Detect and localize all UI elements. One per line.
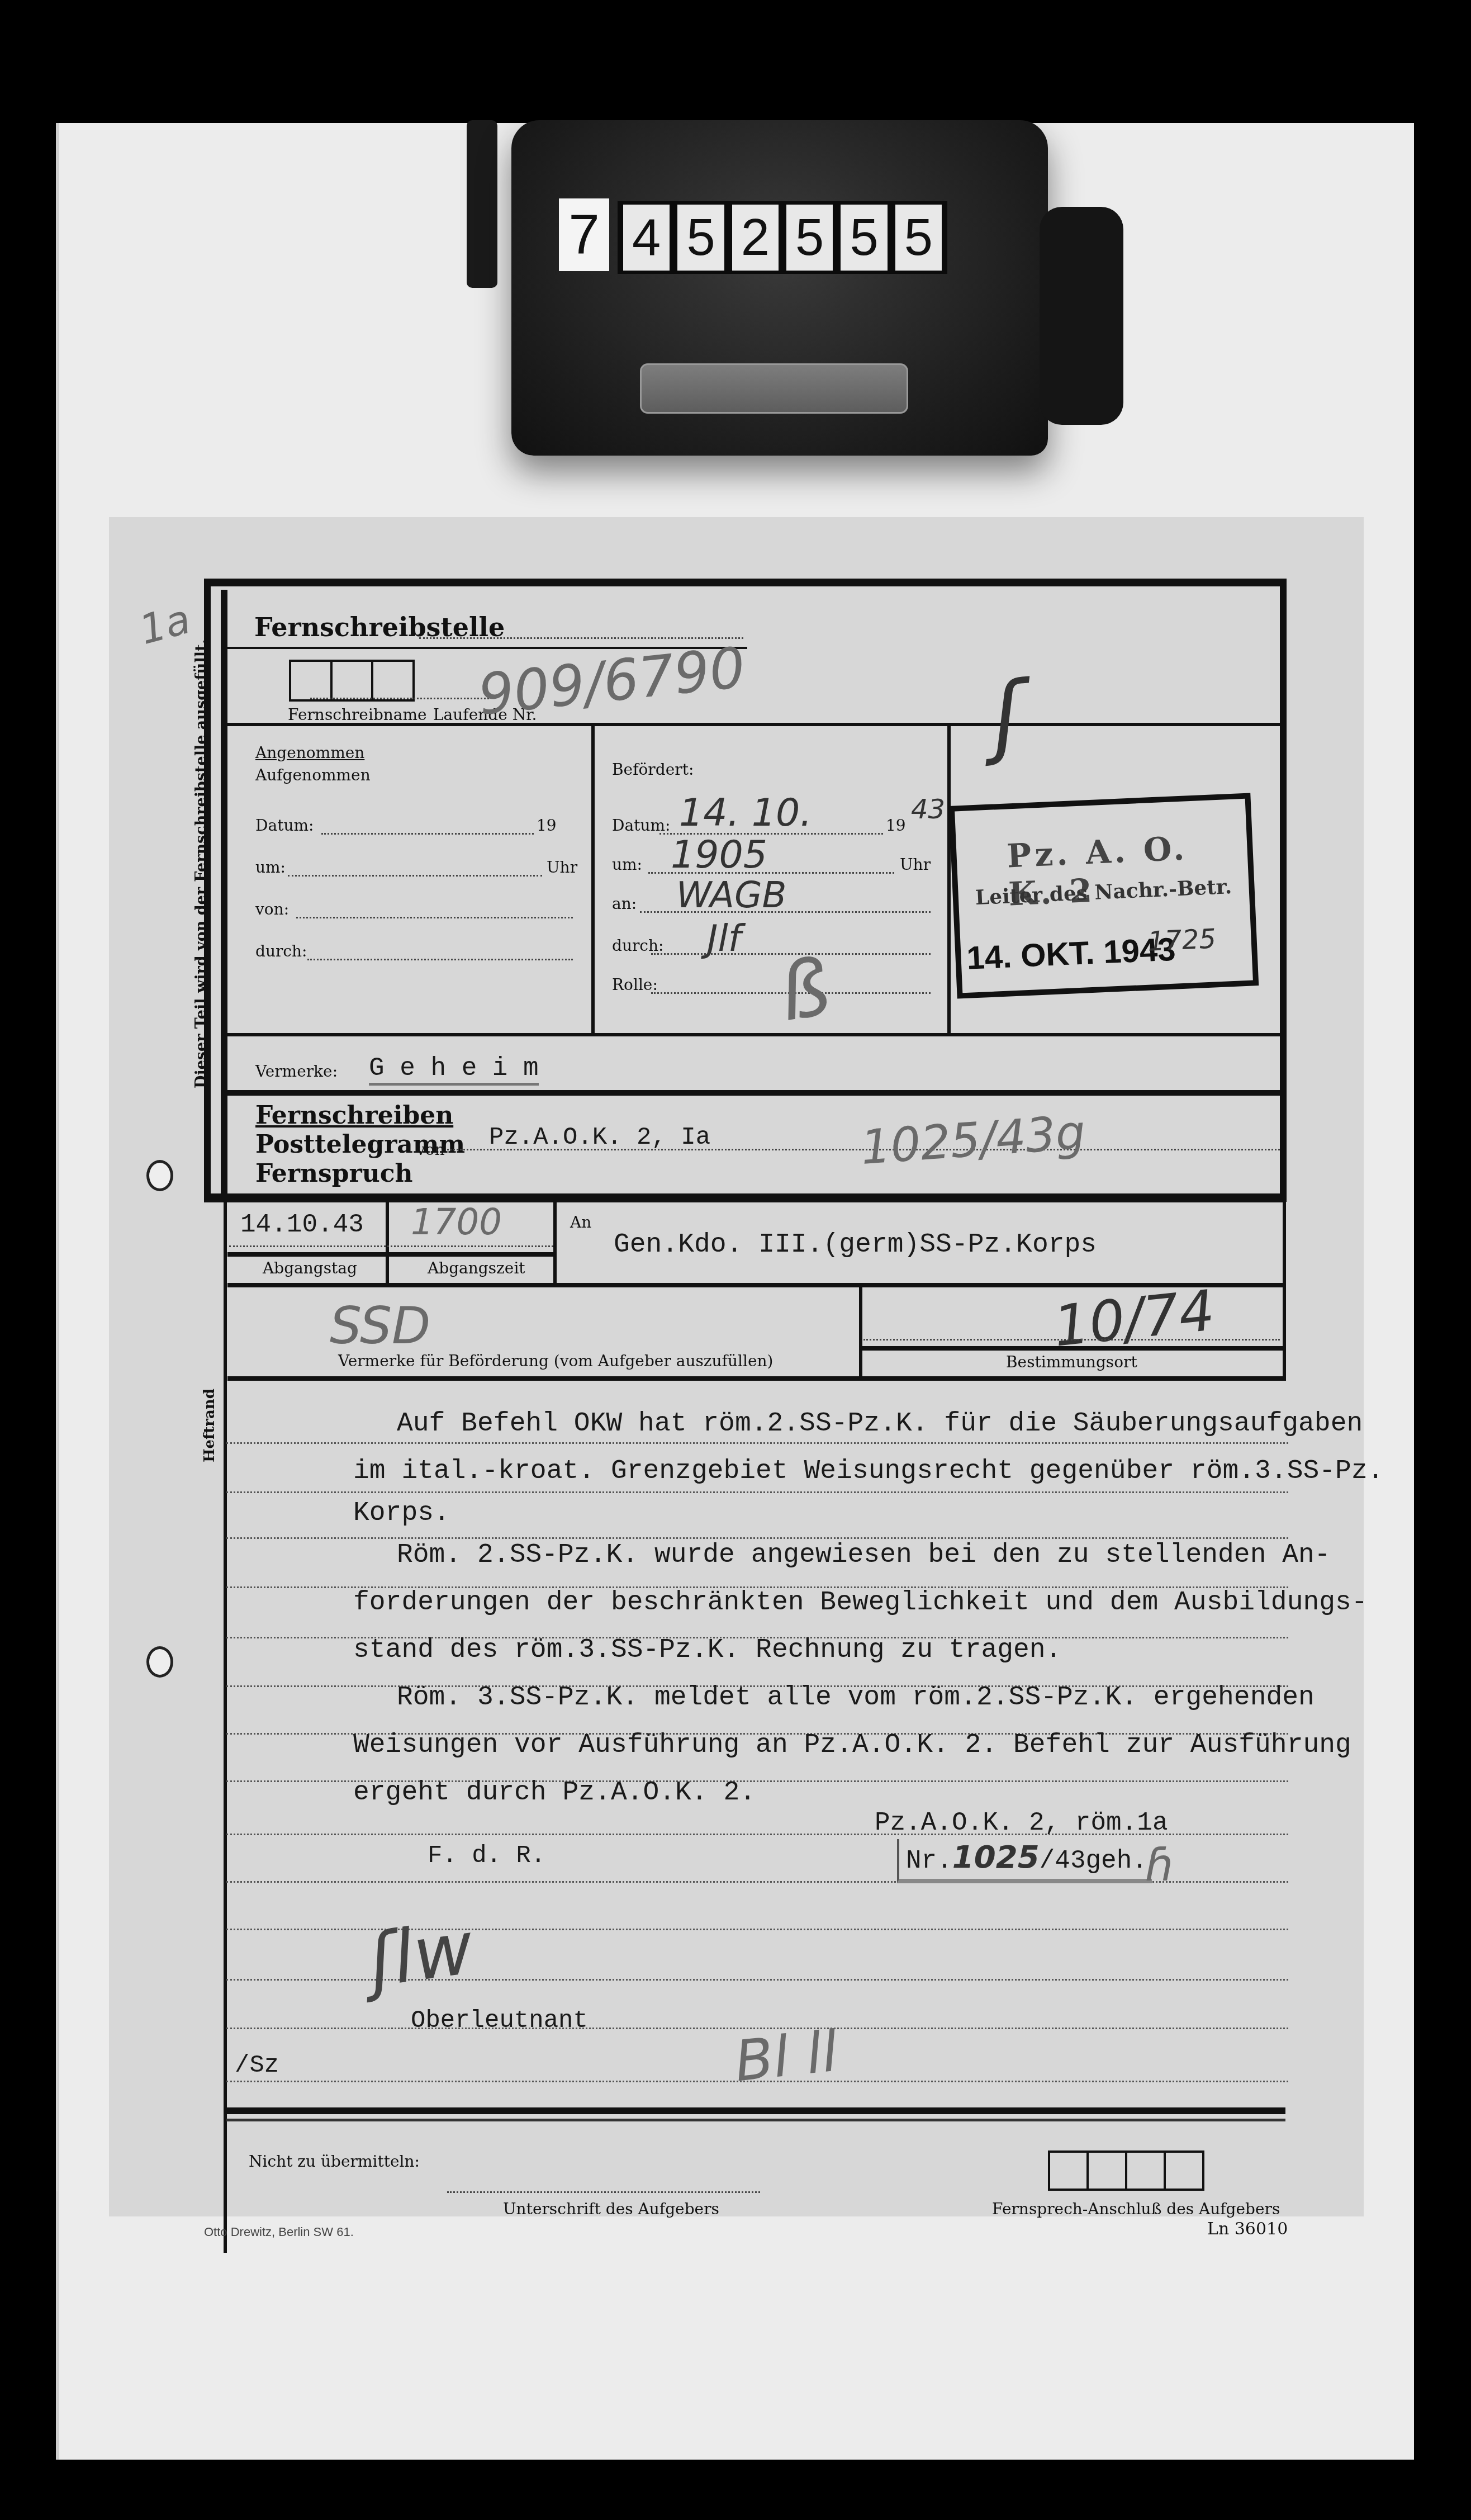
col-divider [591, 725, 595, 1035]
pencil-initials: Bl ll [732, 2019, 841, 2095]
heftrand-label: Heftrand [198, 1375, 221, 1476]
fwd-rolle-label: Rolle: [612, 975, 658, 994]
fwd-an-label: an: [612, 894, 637, 913]
an-value: Gen.Kdo. III.(germ)SS-Pz.Korps [614, 1230, 1097, 1260]
initials-mark: ɦ [1146, 1839, 1174, 1891]
received-uhr-label: Uhr [547, 858, 577, 877]
fwd-um-label: um: [612, 855, 642, 874]
office-stamp: Pz. A. O. K. 2 Leiter des Nachr.-Betr. 1… [949, 793, 1259, 998]
frame-bottom [204, 1193, 1285, 1202]
fernsprech-boxes[interactable] [1048, 2150, 1204, 2191]
received-durch-field[interactable] [307, 959, 573, 960]
nr-suffix: /43geh. [1040, 1846, 1147, 1875]
aufgenommen-label: Aufgenommen [255, 766, 371, 784]
ruled-line [226, 1491, 1288, 1493]
fwd-durch-label: durch: [612, 936, 664, 955]
counter-knob [1040, 207, 1123, 425]
rank-label: Oberleutnant [411, 2007, 588, 2035]
fwd-datum-label: Datum: [612, 816, 670, 835]
officer-signature: ʃlw [363, 1905, 478, 2003]
befoerdert-label: Befördert: [612, 760, 694, 779]
counter-nameplate [640, 363, 908, 414]
received-datum-label: Datum: [255, 816, 314, 835]
ruled-line [226, 1442, 1288, 1444]
fwd-year-prefix: 19 [886, 816, 906, 835]
counter-digit: 5 [841, 205, 887, 271]
dispatch-dotline [229, 1245, 553, 1247]
counter-digit: 4 [623, 205, 670, 271]
frame-right-lower [1283, 1202, 1286, 1381]
routing-vermerke-label: Vermerke für Beförderung (vom Aufgeber a… [338, 1352, 773, 1370]
footer-rule [226, 2107, 1285, 2114]
counter-digits: 4 5 2 5 5 5 [618, 201, 947, 274]
message-type-fernspruch[interactable]: Fernspruch [255, 1159, 465, 1188]
body-line: Röm. 2.SS-Pz.K. wurde angewiesen bei den… [397, 1540, 1331, 1570]
stamp-time: 1725 [1147, 923, 1216, 957]
counter-digit: 5 [677, 205, 724, 271]
nr-label: Nr. [906, 1846, 952, 1875]
frame-left-lower [224, 1202, 227, 2253]
sender-signature-line: Pz.A.O.K. 2, röm.1a [875, 1808, 1168, 1837]
vermerke-value: G e h e i m [369, 1054, 539, 1086]
col-divider [859, 1287, 862, 1380]
punch-hole [146, 1646, 173, 1678]
col-divider [386, 1202, 389, 1286]
fwd-datum-value: 14. 10. [679, 791, 812, 835]
unterschrift-field[interactable] [447, 2191, 760, 2193]
col-divider [947, 725, 951, 1035]
body-line: Röm. 3.SS-Pz.K. meldet alle vom röm.2.SS… [397, 1683, 1315, 1713]
received-durch-label: durch: [255, 942, 307, 960]
laufende-dotline [310, 698, 489, 699]
footer-rule-thin [226, 2119, 1285, 2121]
routing-vermerke-value: SSD [330, 1297, 430, 1356]
ruled-line [226, 1537, 1288, 1539]
fwd-um-value: 1905 [671, 833, 767, 877]
received-um-field[interactable] [288, 875, 542, 877]
rule-thick [862, 1346, 1283, 1351]
vermerke-label: Vermerke: [255, 1062, 338, 1081]
counter-digit: 5 [786, 205, 833, 271]
typist-mark: /Sz [235, 2052, 279, 2080]
body-line: Auf Befehl OKW hat röm.2.SS-Pz.K. für di… [397, 1409, 1363, 1439]
fdr-label: F. d. R. [428, 1842, 545, 1870]
message-type-fernschreiben[interactable]: Fernschreiben [255, 1101, 465, 1130]
fwd-durch-value: Jlf [707, 917, 741, 960]
body-line: ergeht durch Pz.A.O.K. 2. [353, 1778, 756, 1808]
counter-digit: 2 [732, 205, 779, 271]
fwd-an-value: WAGB [676, 875, 786, 916]
printer-imprint: Otto Drewitz, Berlin SW 61. [204, 2225, 354, 2239]
von-value: Pz.A.O.K. 2, Ia [489, 1124, 710, 1152]
fwd-uhr-label: Uhr [900, 855, 931, 874]
rule-thick [227, 1090, 1284, 1096]
abgangszeit-label: Abgangszeit [428, 1259, 525, 1277]
von-label: von [416, 1140, 445, 1159]
frame-right [1280, 579, 1287, 1202]
body-line: Korps. [353, 1498, 450, 1528]
fernschreibname-boxes[interactable] [289, 660, 415, 702]
received-year-prefix: 19 [537, 816, 557, 835]
received-datum-field[interactable] [321, 833, 534, 835]
frame-left [204, 579, 211, 1202]
counter-prefix: 7 [559, 198, 609, 271]
reference-number-box: Nr.1025/43geh. [897, 1839, 1152, 1883]
body-line: forderungen der beschränkten Beweglichke… [353, 1588, 1368, 1618]
an-label: An [570, 1213, 591, 1231]
fernsprech-label: Fernsprech-Anschluß des Aufgebers [992, 2200, 1280, 2218]
col-divider [553, 1202, 557, 1286]
angenommen-label: Angenommen [255, 743, 364, 762]
bestimmungsort-field[interactable] [863, 1339, 1280, 1340]
received-um-label: um: [255, 858, 286, 877]
counter-digit: 5 [895, 205, 942, 271]
body-line: im ital.-kroat. Grenzgebiet Weisungsrech… [353, 1456, 1384, 1486]
header-bottom-rule [227, 723, 1284, 726]
bestimmungsort-label: Bestimmungsort [1006, 1353, 1137, 1371]
nr-value: 1025 [952, 1839, 1040, 1875]
nicht-uebermitteln-label: Nicht zu übermitteln: [249, 2152, 420, 2171]
punch-hole [146, 1160, 173, 1191]
counter-lever [467, 120, 497, 288]
received-von-label: von: [255, 900, 289, 918]
body-line: stand des röm.3.SS-Pz.K. Rechnung zu tra… [353, 1635, 1061, 1665]
frame-left-inner [221, 590, 227, 1199]
fernschreibname-label: Fernschreibname [288, 705, 427, 724]
received-von-field[interactable] [296, 917, 573, 918]
abgangstag-label: Abgangstag [263, 1259, 357, 1277]
abgangstag-value: 14.10.43 [240, 1210, 364, 1239]
abgangszeit-value: 1700 [411, 1202, 502, 1243]
rule-thick [227, 1376, 1284, 1381]
body-line: Weisungen vor Ausführung an Pz.A.O.K. 2.… [353, 1730, 1351, 1760]
fwd-year-value: 43 [911, 794, 945, 825]
rule [227, 1033, 1284, 1036]
fold-line [56, 291, 58, 2191]
stamp-date: 14. OKT. 1943 [966, 931, 1176, 977]
frame-top [204, 579, 1285, 586]
form-number: Ln 36010 [1207, 2219, 1288, 2239]
header-dotline [419, 637, 743, 639]
unterschrift-label: Unterschrift des Aufgebers [503, 2200, 719, 2218]
rule-thick [227, 1252, 554, 1257]
